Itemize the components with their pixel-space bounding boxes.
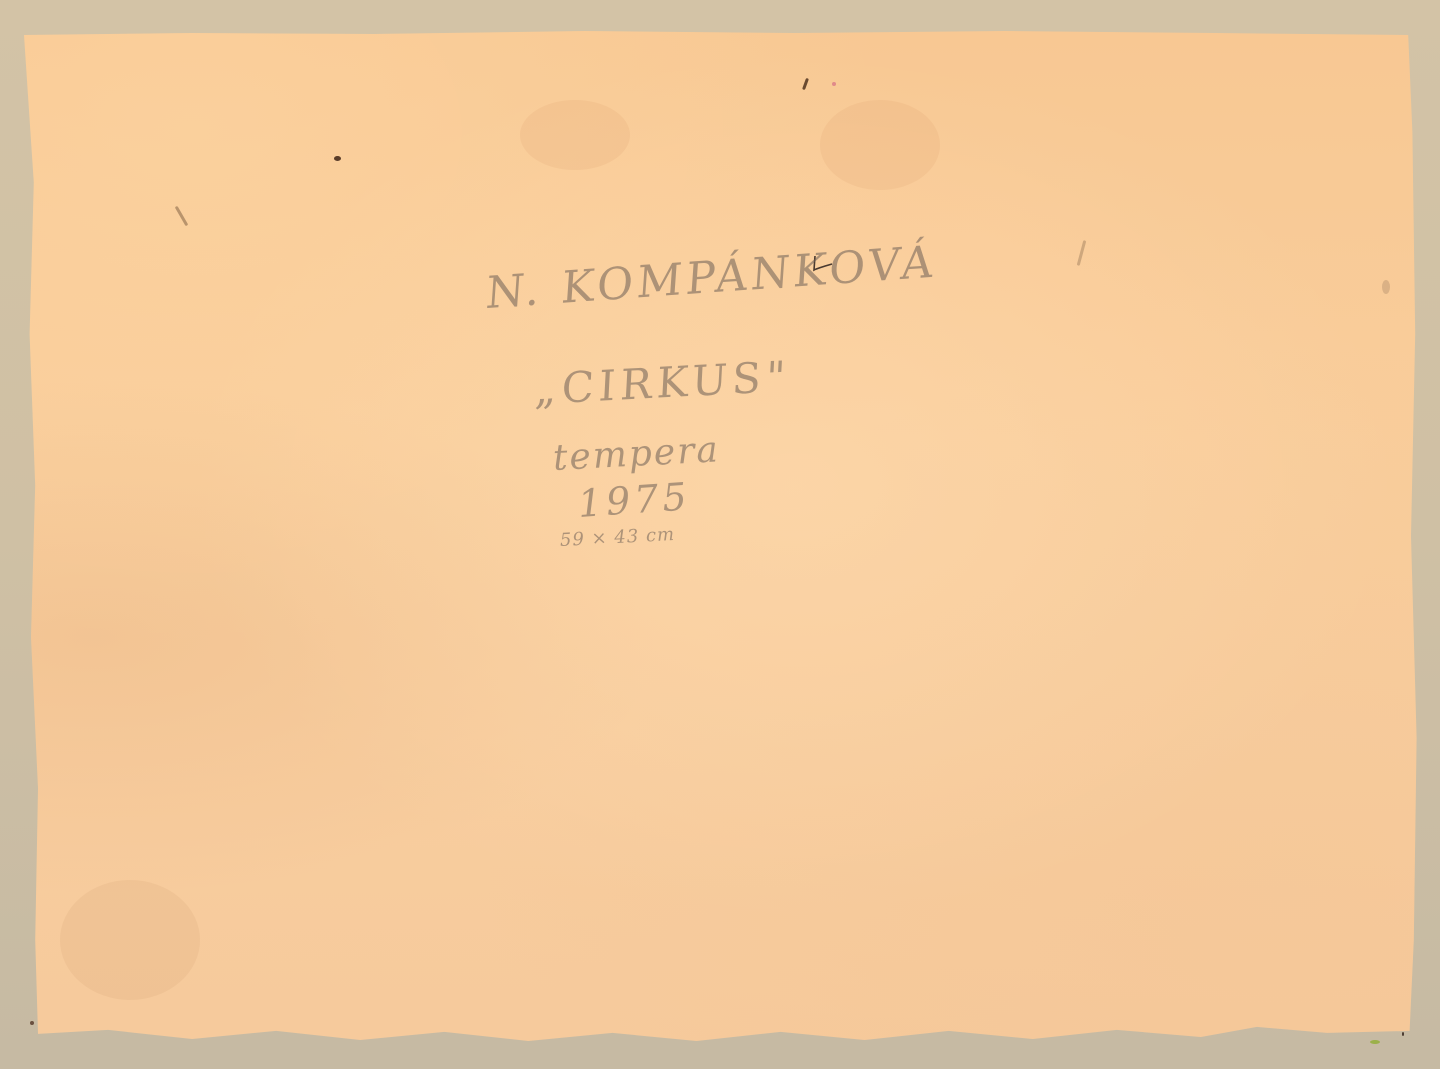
paper-speck	[1402, 1032, 1404, 1036]
paper-speck	[30, 1021, 34, 1025]
paper-speck	[334, 156, 341, 161]
photograph: N. KOMPÁNKOVÁ „CIRKUS" tempera 1975 59 ×…	[0, 0, 1440, 1069]
paper-speck	[1370, 1040, 1380, 1044]
paper-speck	[832, 82, 836, 86]
paper-stain	[820, 100, 940, 190]
paper-stain	[520, 100, 630, 170]
paper-stain	[60, 880, 200, 1000]
paper-speck	[1382, 280, 1390, 294]
paper-sheet	[24, 31, 1425, 1041]
